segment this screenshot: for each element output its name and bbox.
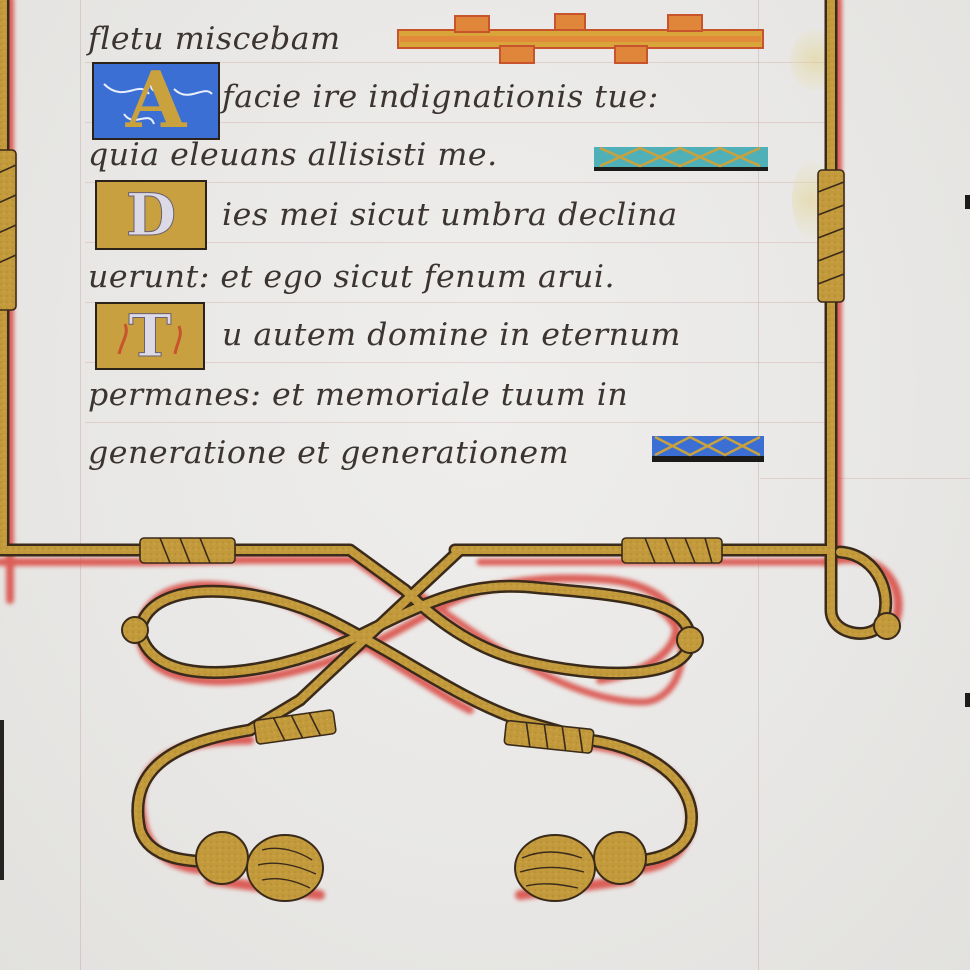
text-line-6: u autem domine in eternum <box>222 320 681 351</box>
initial-a: A <box>92 62 220 140</box>
text-line-3: quia eleuans allisisti me. <box>88 140 498 171</box>
initial-letter: A <box>94 64 218 138</box>
tassel <box>196 832 646 901</box>
initial-t: T <box>95 302 205 370</box>
line-filler-teal-lattice <box>594 147 768 171</box>
manuscript-page: A D T fletu miscebam facie ire indignati… <box>0 0 970 970</box>
initial-letter: D <box>97 182 205 248</box>
text-line-5: uerunt: et ego sicut fenum arui. <box>88 262 615 293</box>
text-line-7: permanes: et memoriale tuum in <box>88 380 628 411</box>
line-filler-blue-lattice <box>652 436 764 462</box>
text-line-1: fletu miscebam <box>88 24 341 55</box>
text-line-8: generatione et generationem <box>88 438 569 469</box>
text-line-4: ies mei sicut umbra declina <box>222 200 678 231</box>
text-line-2: facie ire indignationis tue: <box>222 82 659 113</box>
initial-letter: T <box>97 304 203 368</box>
line-filler-orange-gold <box>398 14 763 63</box>
initial-d: D <box>95 180 207 250</box>
cord-knob <box>122 613 900 653</box>
